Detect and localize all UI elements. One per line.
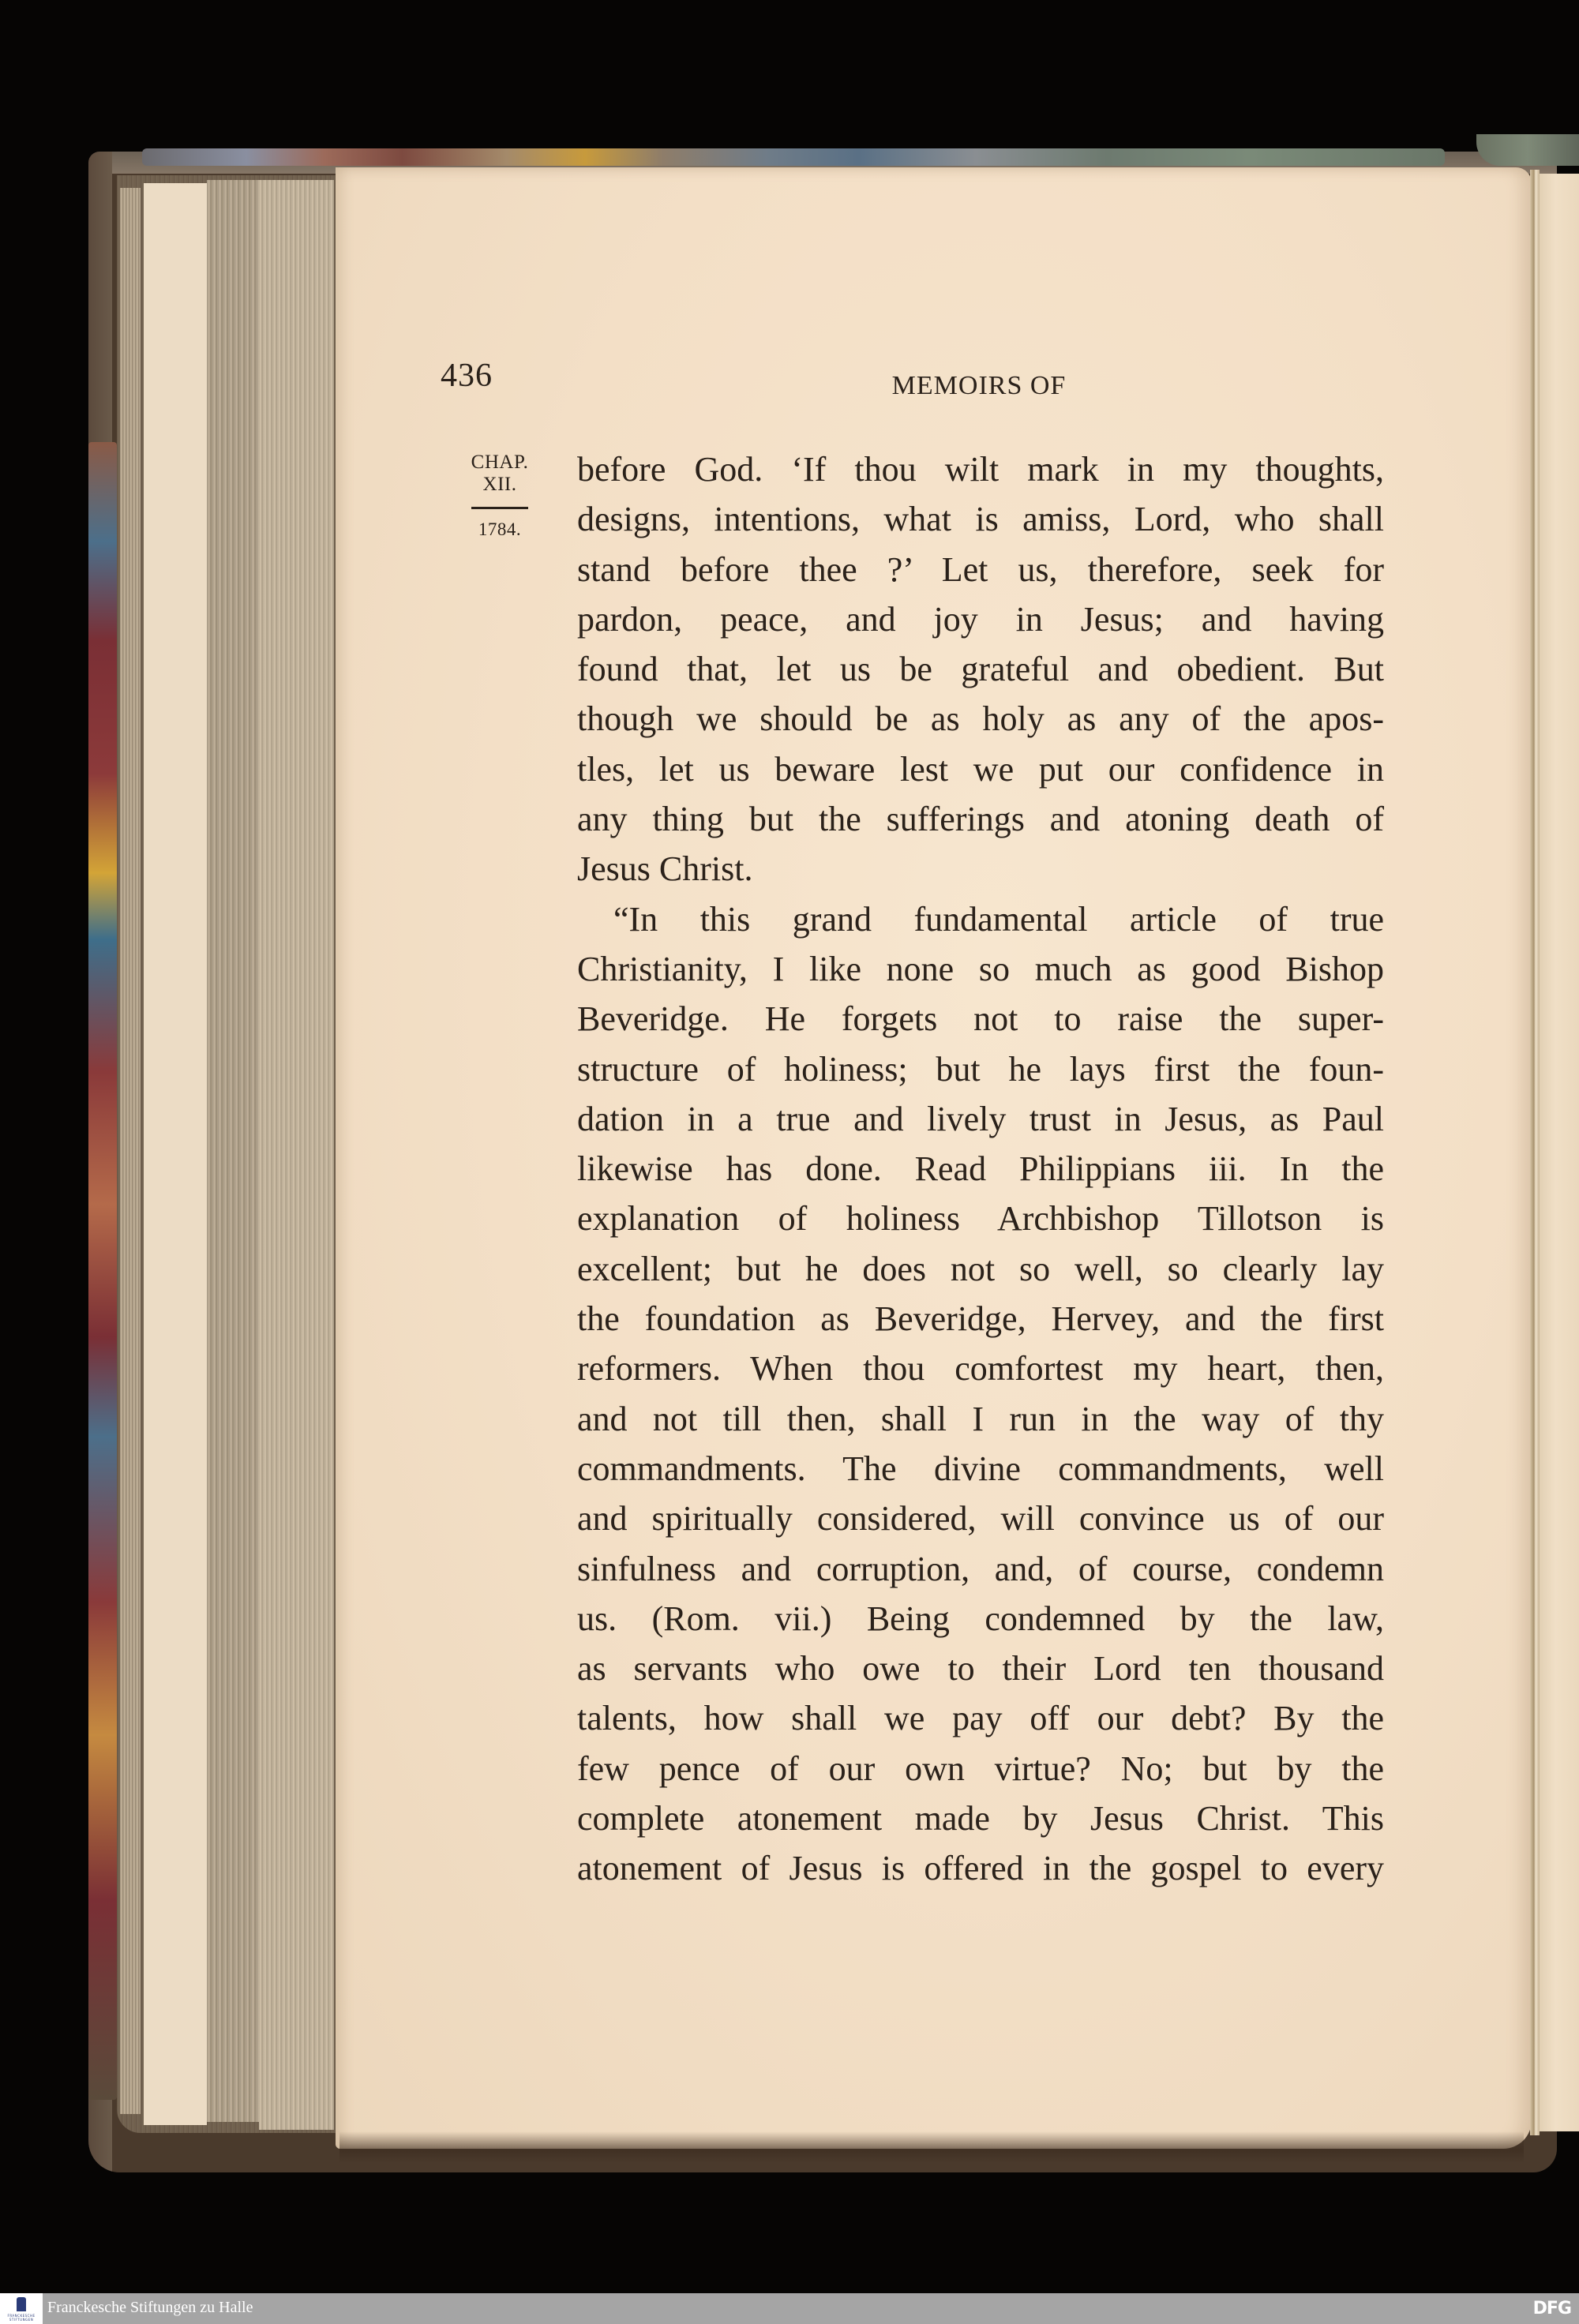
page-stack-band-2: [259, 180, 334, 2130]
text-line: structure of holiness; but he lays first…: [577, 1044, 1384, 1094]
sidenote-year: 1784.: [456, 519, 543, 541]
text-line: excellent; but he does not so well, so c…: [577, 1244, 1384, 1294]
text-line: Jesus Christ.: [577, 844, 1384, 894]
cover-marbled-top-edge: [142, 148, 1445, 166]
book-gutter: [1530, 170, 1540, 2135]
franckesche-logo[interactable]: FRANCKESCHE STIFTUNGEN: [0, 2293, 43, 2324]
running-head: MEMOIRS OF: [868, 371, 1090, 401]
text-line: sinfulness and corruption, and, of cours…: [577, 1544, 1384, 1594]
text-line: reformers. When thou comfortest my heart…: [577, 1344, 1384, 1393]
text-line: the foundation as Beveridge, Hervey, and…: [577, 1294, 1384, 1344]
text-line: tles, let us beware lest we put our conf…: [577, 744, 1384, 794]
page-stack-outer: [120, 188, 141, 2114]
organization-name: Franckesche Stiftungen zu Halle: [47, 2299, 253, 2317]
body-text: before God. ‘If thou wilt mark in my tho…: [577, 444, 1384, 1894]
text-line: dation in a true and lively trust in Jes…: [577, 1094, 1384, 1144]
chapter-sidenote: CHAP. XII. 1784.: [456, 452, 543, 541]
chapter-number: XII.: [456, 474, 543, 496]
text-line: complete atonement made by Jesus Christ.…: [577, 1794, 1384, 1843]
chapter-label: CHAP.: [456, 452, 543, 474]
text-line: us. (Rom. vii.) Being condemned by the l…: [577, 1594, 1384, 1644]
dfg-logo[interactable]: DFG: [1533, 2299, 1571, 2318]
text-line: pardon, peace, and joy in Jesus; and hav…: [577, 594, 1384, 644]
text-line: though we should be as holy as any of th…: [577, 694, 1384, 744]
page-stack-flyleaf: [144, 183, 207, 2125]
text-line: and spiritually considered, will convinc…: [577, 1494, 1384, 1543]
facing-page-edge: [1540, 174, 1579, 2131]
page-stack-band-1: [207, 180, 259, 2122]
text-line: stand before thee ?’ Let us, therefore, …: [577, 545, 1384, 594]
text-line-paragraph-start: “In this grand fundamental article of tr…: [577, 894, 1384, 944]
text-line: explanation of holiness Archbishop Tillo…: [577, 1194, 1384, 1243]
sidenote-rule: [471, 507, 528, 509]
text-line: Christianity, I like none so much as goo…: [577, 944, 1384, 994]
text-line: likewise has done. Read Philippians iii.…: [577, 1144, 1384, 1194]
cover-marbled-left-edge: [88, 442, 117, 2100]
text-line: atonement of Jesus is offered in the gos…: [577, 1843, 1384, 1893]
text-line: commandments. The divine commandments, w…: [577, 1444, 1384, 1494]
page-bottom-shadow: [339, 2131, 1524, 2163]
cover-right-corner: [1476, 134, 1579, 166]
logo-caption: FRANCKESCHE STIFTUNGEN: [3, 2314, 39, 2322]
viewer-footer-bar: FRANCKESCHE STIFTUNGEN Franckesche Stift…: [0, 2293, 1579, 2324]
statue-icon: [17, 2297, 26, 2311]
text-line: talents, how shall we pay off our debt? …: [577, 1693, 1384, 1743]
text-line: Beveridge. He forgets not to raise the s…: [577, 994, 1384, 1044]
page-number: 436: [441, 357, 493, 395]
text-line: found that, let us be grateful and obedi…: [577, 644, 1384, 694]
text-line: any thing but the sufferings and atoning…: [577, 794, 1384, 844]
text-line: as servants who owe to their Lord ten th…: [577, 1644, 1384, 1693]
text-line: designs, intentions, what is amiss, Lord…: [577, 494, 1384, 544]
text-line: and not till then, shall I run in the wa…: [577, 1394, 1384, 1444]
text-line: before God. ‘If thou wilt mark in my tho…: [577, 444, 1384, 494]
text-line: few pence of our own virtue? No; but by …: [577, 1744, 1384, 1794]
